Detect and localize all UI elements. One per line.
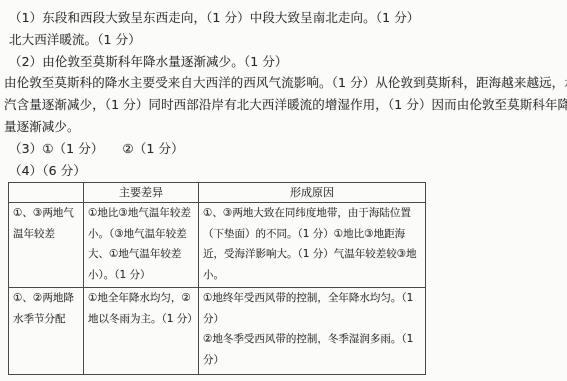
table-row-precipitation-distribution: ①、②两地降水季节分配 ①地全年降水均匀，②地以冬雨为主。（1 分） ①地终年受… bbox=[9, 288, 426, 375]
answer-text-block: （1）东段和西段大致呈东西走向，（1 分）中段大致呈南北走向。（1 分） 北大西… bbox=[0, 7, 567, 181]
row1-label-cell: ①、③两地气温年较差 bbox=[9, 203, 84, 288]
scanned-answer-document: （1）东段和西段大致呈东西走向，（1 分）中段大致呈南北走向。（1 分） 北大西… bbox=[0, 0, 567, 381]
table-header-row: 主要差异 形成原因 bbox=[9, 183, 426, 203]
row1-reason-cell: ①、③两地大致在同纬度地带，由于海陆位置（下垫面）的不同。（1 分）①地比③地距… bbox=[199, 203, 426, 288]
row2-label-cell: ①、②两地降水季节分配 bbox=[9, 288, 84, 375]
answer-line-2: 北大西洋暖流。（1 分） bbox=[9, 29, 567, 51]
answer-line-6: 量逐渐减少。 bbox=[4, 116, 567, 138]
header-blank-cell bbox=[9, 183, 84, 203]
row2-difference-cell: ①地全年降水均匀，②地以冬雨为主。（1 分） bbox=[84, 288, 199, 375]
header-formation-reason: 形成原因 bbox=[199, 183, 426, 203]
answer-line-4: 由伦敦至莫斯科的降水主要受来自大西洋的西风气流影响。（1 分）从伦敦到莫斯科，距… bbox=[4, 72, 567, 94]
row2-reason-cell: ①地终年受西风带的控制，全年降水均匀。（1 分） ②地冬季受西风带的控制，冬季湿… bbox=[199, 288, 426, 375]
row1-reason-text: ①、③两地大致在同纬度地带，由于海陆位置（下垫面）的不同。（1 分）①地比③地距… bbox=[203, 203, 421, 285]
comparison-table: 主要差异 形成原因 ①、③两地气温年较差 ①地比③地气温年较差小。（③地气温年较… bbox=[8, 182, 426, 375]
answer-line-5: 汽含量逐渐减少，（1 分）同时西部沿岸有北大西洋暖流的增湿作用，（1 分）因而由… bbox=[4, 94, 567, 116]
row2-reason-text-1: ①地终年受西风带的控制，全年降水均匀。（1 分） bbox=[203, 288, 421, 329]
answer-line-8: （4）（6 分） bbox=[9, 160, 567, 182]
table-row-temperature-range: ①、③两地气温年较差 ①地比③地气温年较差小。（③地气温年较差大、①地气温年较差… bbox=[9, 203, 426, 288]
row2-reason-text-2: ②地冬季受西风带的控制，冬季湿润多雨。（1 分） bbox=[203, 329, 421, 370]
answer-line-7: （3）①（1 分） ②（1 分） bbox=[9, 138, 567, 160]
row1-difference-cell: ①地比③地气温年较差小。（③地气温年较差大、①地气温年较差小）。（1 分） bbox=[84, 203, 199, 288]
header-main-difference: 主要差异 bbox=[84, 183, 199, 203]
answer-line-3: （2）由伦敦至莫斯科年降水量逐渐减少。（1 分） bbox=[9, 51, 567, 73]
answer-line-1: （1）东段和西段大致呈东西走向，（1 分）中段大致呈南北走向。（1 分） bbox=[9, 7, 567, 29]
